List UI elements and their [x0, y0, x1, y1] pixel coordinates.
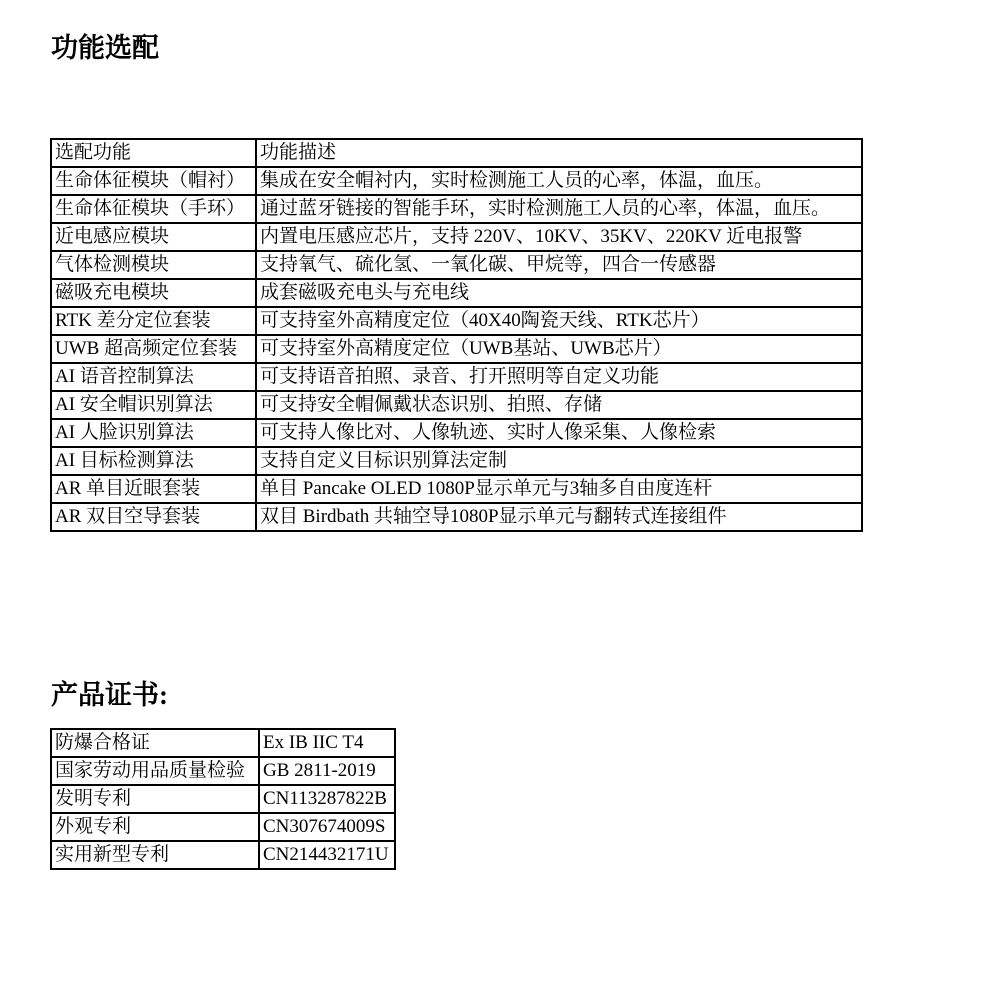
- table-row: AI 目标检测算法支持自定义目标识别算法定制: [51, 447, 862, 475]
- feature-name: AI 安全帽识别算法: [51, 391, 256, 419]
- feature-name: AI 目标检测算法: [51, 447, 256, 475]
- table-row: RTK 差分定位套装可支持室外高精度定位（40X40陶瓷天线、RTK芯片）: [51, 307, 862, 335]
- certificate-name: 发明专利: [51, 785, 259, 813]
- features-table: 选配功能 功能描述 生命体征模块（帽衬）集成在安全帽衬内，实时检测施工人员的心率…: [50, 138, 863, 532]
- feature-name: 近电感应模块: [51, 223, 256, 251]
- feature-description: 单目 Pancake OLED 1080P显示单元与3轴多自由度连杆: [256, 475, 862, 503]
- certificates-table: 防爆合格证Ex IB IIC T4 国家劳动用品质量检验GB 2811-2019…: [50, 728, 396, 870]
- certificate-name: 防爆合格证: [51, 729, 259, 757]
- header-cell-description: 功能描述: [256, 139, 862, 167]
- table-row: 气体检测模块支持氧气、硫化氢、一氧化碳、甲烷等，四合一传感器: [51, 251, 862, 279]
- certificate-number: CN214432171U: [259, 841, 395, 869]
- section-title-features: 功能选配: [51, 31, 159, 65]
- table-row: 国家劳动用品质量检验GB 2811-2019: [51, 757, 395, 785]
- table-row: AR 双目空导套装双目 Birdbath 共轴空导1080P显示单元与翻转式连接…: [51, 503, 862, 531]
- section-title-certificates: 产品证书:: [51, 678, 168, 712]
- table-row: 生命体征模块（帽衬）集成在安全帽衬内，实时检测施工人员的心率，体温，血压。: [51, 167, 862, 195]
- feature-description: 集成在安全帽衬内，实时检测施工人员的心率，体温，血压。: [256, 167, 862, 195]
- feature-description: 支持自定义目标识别算法定制: [256, 447, 862, 475]
- feature-name: 气体检测模块: [51, 251, 256, 279]
- feature-description: 通过蓝牙链接的智能手环，实时检测施工人员的心率，体温，血压。: [256, 195, 862, 223]
- feature-description: 成套磁吸充电头与充电线: [256, 279, 862, 307]
- feature-description: 可支持室外高精度定位（UWB基站、UWB芯片）: [256, 335, 862, 363]
- feature-description: 可支持人像比对、人像轨迹、实时人像采集、人像检索: [256, 419, 862, 447]
- certificate-number: GB 2811-2019: [259, 757, 395, 785]
- table-row: 近电感应模块内置电压感应芯片，支持 220V、10KV、35KV、220KV 近…: [51, 223, 862, 251]
- certificate-number: Ex IB IIC T4: [259, 729, 395, 757]
- table-row: UWB 超高频定位套装可支持室外高精度定位（UWB基站、UWB芯片）: [51, 335, 862, 363]
- table-row: 外观专利CN307674009S: [51, 813, 395, 841]
- feature-name: 磁吸充电模块: [51, 279, 256, 307]
- table-row: AI 安全帽识别算法可支持安全帽佩戴状态识别、拍照、存储: [51, 391, 862, 419]
- certificate-number: CN113287822B: [259, 785, 395, 813]
- table-row: 发明专利CN113287822B: [51, 785, 395, 813]
- header-cell-feature: 选配功能: [51, 139, 256, 167]
- feature-description: 可支持语音拍照、录音、打开照明等自定义功能: [256, 363, 862, 391]
- certificate-name: 国家劳动用品质量检验: [51, 757, 259, 785]
- table-header-row: 选配功能 功能描述: [51, 139, 862, 167]
- feature-name: AI 人脸识别算法: [51, 419, 256, 447]
- feature-name: AR 双目空导套装: [51, 503, 256, 531]
- feature-name: AR 单目近眼套装: [51, 475, 256, 503]
- certificate-name: 外观专利: [51, 813, 259, 841]
- feature-description: 双目 Birdbath 共轴空导1080P显示单元与翻转式连接组件: [256, 503, 862, 531]
- feature-description: 支持氧气、硫化氢、一氧化碳、甲烷等，四合一传感器: [256, 251, 862, 279]
- feature-name: UWB 超高频定位套装: [51, 335, 256, 363]
- certificate-name: 实用新型专利: [51, 841, 259, 869]
- table-row: 防爆合格证Ex IB IIC T4: [51, 729, 395, 757]
- table-row: AI 语音控制算法可支持语音拍照、录音、打开照明等自定义功能: [51, 363, 862, 391]
- table-row: 磁吸充电模块成套磁吸充电头与充电线: [51, 279, 862, 307]
- feature-description: 内置电压感应芯片，支持 220V、10KV、35KV、220KV 近电报警: [256, 223, 862, 251]
- feature-name: 生命体征模块（手环）: [51, 195, 256, 223]
- feature-name: 生命体征模块（帽衬）: [51, 167, 256, 195]
- feature-description: 可支持安全帽佩戴状态识别、拍照、存储: [256, 391, 862, 419]
- table-row: AR 单目近眼套装单目 Pancake OLED 1080P显示单元与3轴多自由…: [51, 475, 862, 503]
- feature-description: 可支持室外高精度定位（40X40陶瓷天线、RTK芯片）: [256, 307, 862, 335]
- feature-name: AI 语音控制算法: [51, 363, 256, 391]
- table-row: 生命体征模块（手环）通过蓝牙链接的智能手环，实时检测施工人员的心率，体温，血压。: [51, 195, 862, 223]
- table-row: 实用新型专利CN214432171U: [51, 841, 395, 869]
- feature-name: RTK 差分定位套装: [51, 307, 256, 335]
- certificate-number: CN307674009S: [259, 813, 395, 841]
- table-row: AI 人脸识别算法可支持人像比对、人像轨迹、实时人像采集、人像检索: [51, 419, 862, 447]
